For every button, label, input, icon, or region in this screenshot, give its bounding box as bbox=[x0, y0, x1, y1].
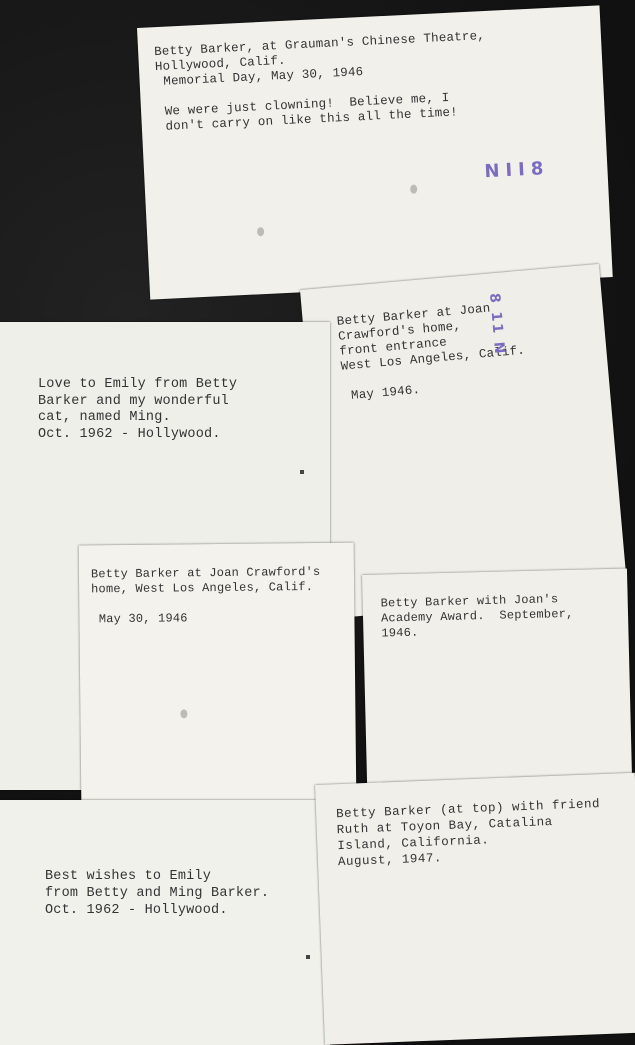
caption-card-graumans: Betty Barker, at Grauman's Chinese Theat… bbox=[137, 5, 613, 299]
caption-text: Betty Barker with Joan's Academy Award. … bbox=[381, 592, 574, 642]
caption-text: Love to Emily from Betty Barker and my w… bbox=[38, 377, 237, 443]
inventory-stamp: NII8 bbox=[484, 158, 550, 182]
paper-speck bbox=[306, 955, 310, 959]
caption-text: Betty Barker at Joan Crawford's home, We… bbox=[91, 565, 321, 627]
paper-speck bbox=[180, 709, 187, 718]
paper-speck bbox=[300, 470, 304, 474]
caption-card-toyon-bay: Betty Barker (at top) with friend Ruth a… bbox=[315, 773, 635, 1045]
caption-card-best-wishes: Best wishes to Emily from Betty and Ming… bbox=[0, 800, 330, 1045]
caption-text: Best wishes to Emily from Betty and Ming… bbox=[45, 868, 269, 919]
caption-text: Betty Barker (at top) with friend Ruth a… bbox=[336, 796, 602, 870]
paper-speck bbox=[410, 185, 417, 194]
caption-text: Betty Barker, at Grauman's Chinese Theat… bbox=[154, 29, 489, 135]
paper-speck bbox=[257, 227, 264, 236]
caption-card-academy-award: Betty Barker with Joan's Academy Award. … bbox=[362, 569, 632, 785]
caption-card-crawford-home: Betty Barker at Joan Crawford's home, We… bbox=[79, 543, 357, 804]
